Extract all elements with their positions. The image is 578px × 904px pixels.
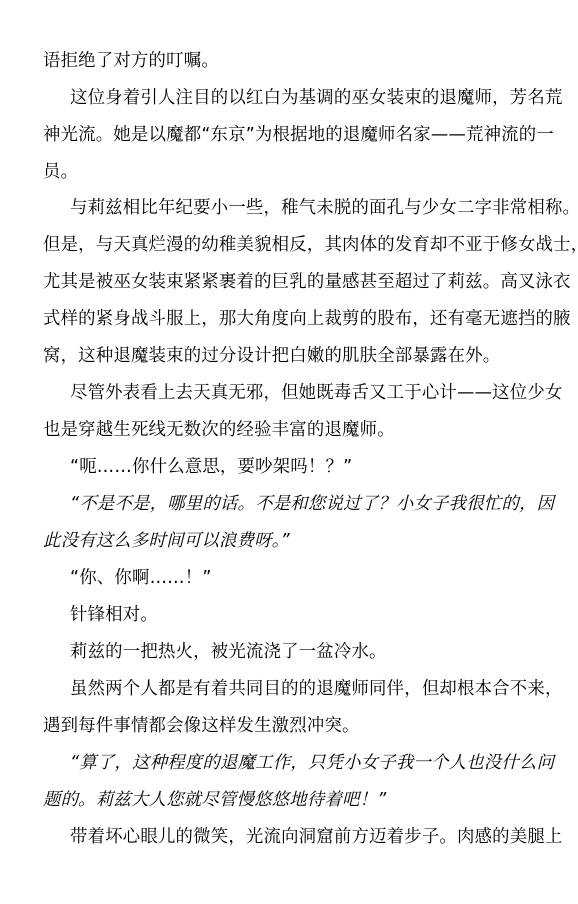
text-line: 虽然两个人都是有着共同目的的退魔师同伴，但却根本合不来，	[70, 677, 554, 701]
document-page: 语拒绝了对方的叮嘱。 这位身着引人注目的以红白为基调的巫女装束的退魔师，芳名荒 …	[0, 0, 578, 904]
text-line: 也是穿越生死线无数次的经验丰富的退魔师。	[43, 418, 553, 442]
text-line: 但是，与天真烂漫的幼稚美貌相反，其肉体的发育却不亚于修女战士，	[43, 233, 553, 257]
text-line: 遇到每件事情都会像这样发生激烈冲突。	[43, 714, 553, 738]
text-line: 窝，这种退魔装束的过分设计把白嫩的肌肤全部暴露在外。	[43, 344, 553, 368]
text-line: 这位身着引人注目的以红白为基调的巫女装束的退魔师，芳名荒	[70, 86, 554, 110]
dialogue-line: “你、你啊……！”	[70, 566, 554, 590]
text-line: 员。	[43, 160, 553, 184]
dialogue-line: “不是不是，哪里的话。不是和您说过了？小女子我很忙的，因	[70, 492, 554, 516]
dialogue-line: “算了，这种程度的退魔工作，只凭小女子我一个人也没什么问	[70, 751, 554, 775]
text-line: 与莉兹相比年纪要小一些，稚气未脱的面孔与少女二字非常相称。	[70, 196, 554, 220]
text-line: 语拒绝了对方的叮嘱。	[43, 49, 553, 73]
text-line: 莉兹的一把热火，被光流浇了一盆冷水。	[70, 640, 554, 664]
text-line: 神光流。她是以魔都“东京”为根据地的退魔师名家——荒神流的一	[43, 123, 553, 147]
text-line: 式样的紧身战斗服上，那大角度向上裁剪的股布，还有毫无遮挡的腋	[43, 307, 553, 331]
text-line: 带着坏心眼儿的微笑，光流向洞窟前方迈着步子。肉感的美腿上	[70, 825, 554, 849]
text-line: 尤其是被巫女装束紧紧裹着的巨乳的量感甚至超过了莉兹。高叉泳衣	[43, 270, 553, 294]
dialogue-line: 此没有这么多时间可以浪费呀。”	[43, 529, 553, 553]
dialogue-line: 题的。莉兹大人您就尽管慢悠悠地待着吧！”	[43, 788, 553, 812]
dialogue-line: “呃……你什么意思，要吵架吗！？”	[70, 455, 554, 479]
text-line: 尽管外表看上去天真无邪，但她既毒舌又工于心计——这位少女	[70, 381, 554, 405]
text-line: 针锋相对。	[70, 603, 554, 627]
